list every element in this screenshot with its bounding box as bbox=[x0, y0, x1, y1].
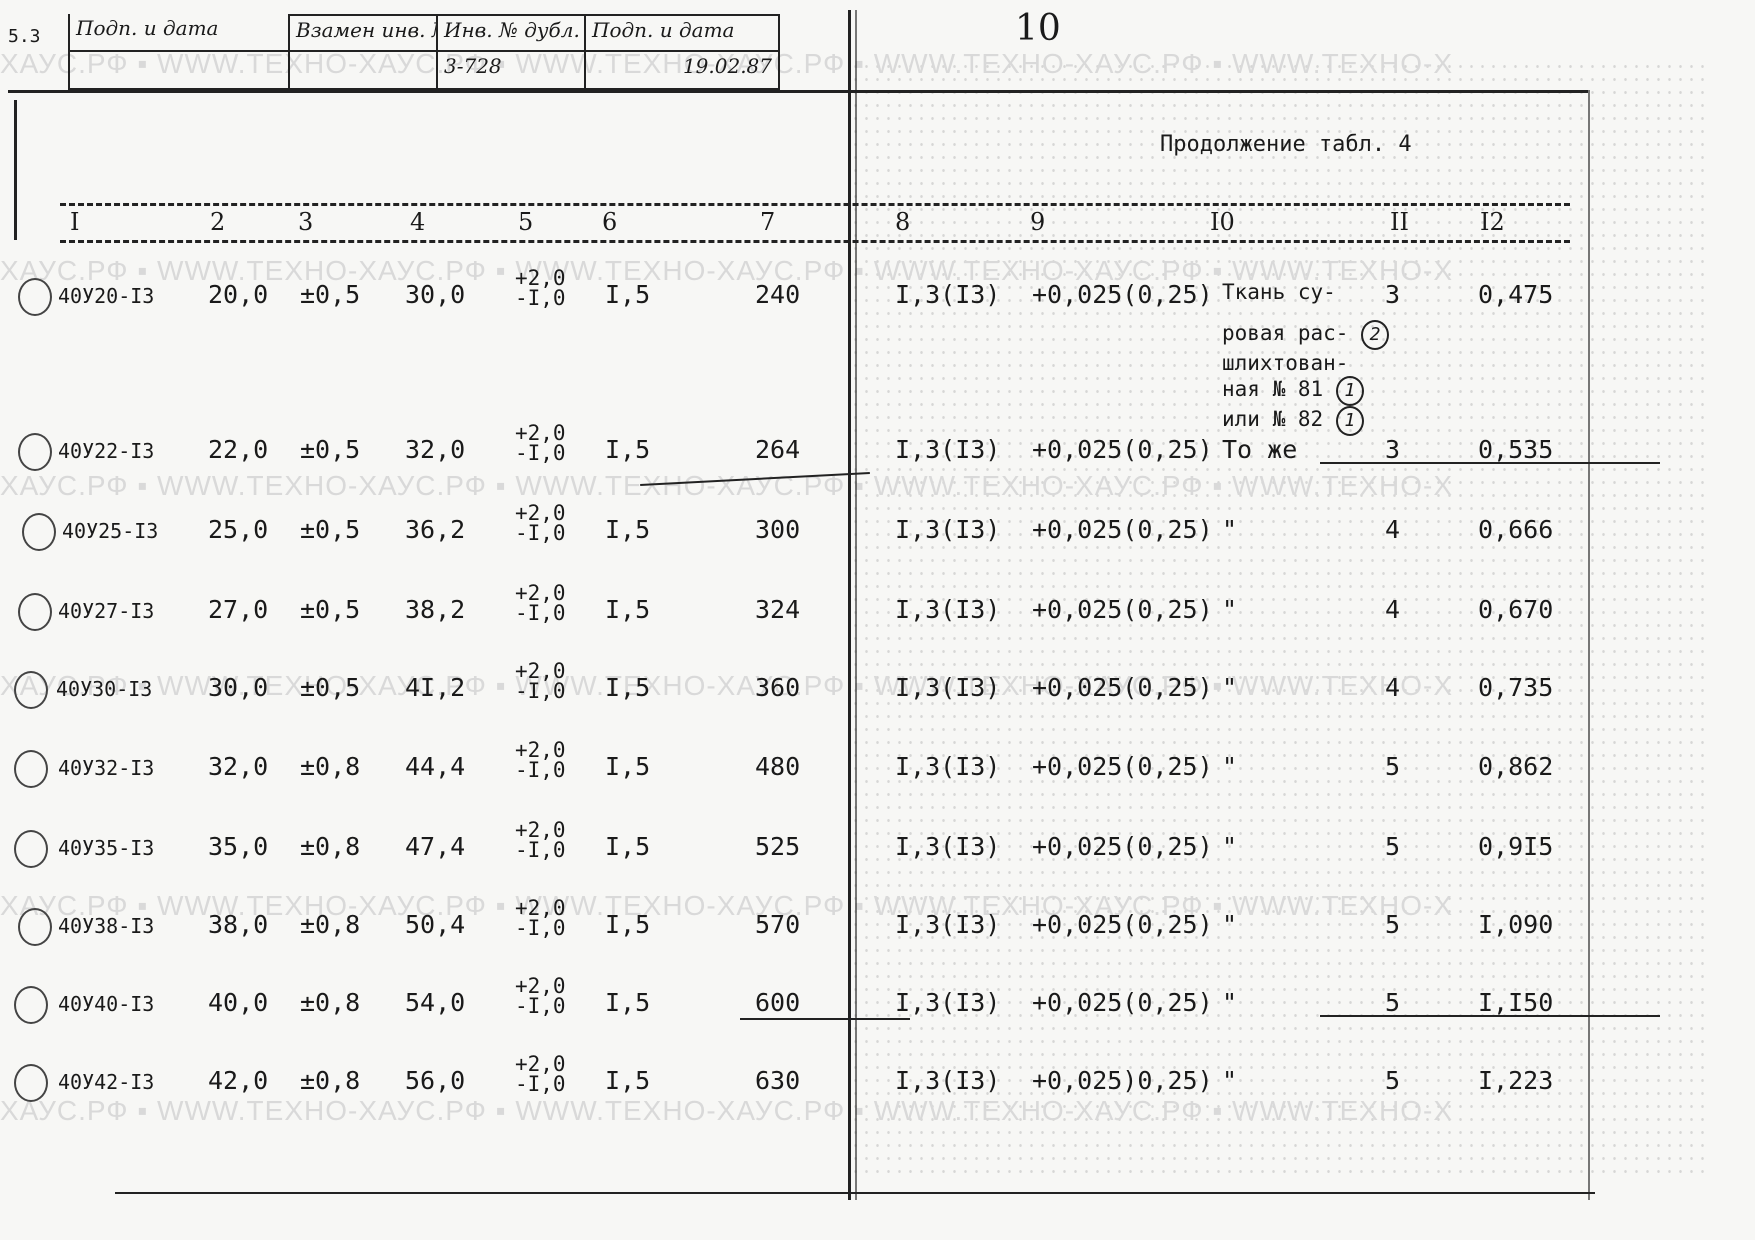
cell-c5: +2,0-I,0 bbox=[515, 583, 566, 623]
note-line: ная № 81 bbox=[1222, 377, 1323, 401]
cell-c9: +0,025(0,25) bbox=[1032, 988, 1213, 1017]
cell-c10: " bbox=[1222, 595, 1237, 624]
cell-c10: То же bbox=[1222, 435, 1297, 464]
cell-c6: I,5 bbox=[605, 595, 650, 624]
header-divider bbox=[60, 203, 1570, 206]
table-row: 40У35-I3 35,0 ±0,8 47,4 +2,0-I,0 I,5 525… bbox=[0, 832, 1755, 892]
cell-c12: I,I50 bbox=[1478, 988, 1553, 1017]
cell-c10: " bbox=[1222, 1066, 1237, 1095]
tol-lower: -I,0 bbox=[515, 1074, 566, 1094]
cell-c3: ±0,5 bbox=[300, 280, 360, 309]
note-line: ровая рас- bbox=[1222, 321, 1348, 345]
cell-c5: +2,0-I,0 bbox=[515, 1054, 566, 1094]
cell-c2: 25,0 bbox=[208, 515, 268, 544]
tol-lower: -I,0 bbox=[515, 840, 566, 860]
tol-lower: -I,0 bbox=[515, 443, 566, 463]
tol-upper: +2,0 bbox=[515, 583, 566, 603]
cell-c8: I,3(I3) bbox=[895, 752, 1000, 781]
cell-c2: 32,0 bbox=[208, 752, 268, 781]
tol-lower: -I,0 bbox=[515, 996, 566, 1016]
frame-top bbox=[8, 90, 1588, 93]
table-row: 40У32-I3 32,0 ±0,8 44,4 +2,0-I,0 I,5 480… bbox=[0, 752, 1755, 812]
tol-lower: -I,0 bbox=[515, 760, 566, 780]
cell-c11: 5 bbox=[1385, 832, 1400, 861]
material-note: ровая рас- 2 шлихтован- ная № 81 1 или №… bbox=[1222, 320, 1389, 436]
cell-c7: 480 bbox=[755, 752, 800, 781]
cell-c12: 0,735 bbox=[1478, 673, 1553, 702]
cell-c12: 0,862 bbox=[1478, 752, 1553, 781]
tol-upper: +2,0 bbox=[515, 423, 566, 443]
table-row: 40У27-I3 27,0 ±0,5 38,2 +2,0-I,0 I,5 324… bbox=[0, 595, 1755, 655]
stamp-value: 3-728 bbox=[436, 50, 586, 90]
cell-c2: 35,0 bbox=[208, 832, 268, 861]
check-circle-icon bbox=[18, 908, 52, 946]
check-circle-icon bbox=[14, 1064, 48, 1102]
cell-c2: 30,0 bbox=[208, 673, 268, 702]
check-circle-icon bbox=[14, 830, 48, 868]
cell-c8: I,3(I3) bbox=[895, 1066, 1000, 1095]
stamp-label: Подп. и дата bbox=[68, 14, 288, 52]
cell-c4: 30,0 bbox=[405, 280, 465, 309]
cell-c4: 47,4 bbox=[405, 832, 465, 861]
cell-c5: +2,0-I,0 bbox=[515, 898, 566, 938]
cell-c2: 22,0 bbox=[208, 435, 268, 464]
cell-c7: 630 bbox=[755, 1066, 800, 1095]
cell-c3: ±0,8 bbox=[300, 752, 360, 781]
tol-upper: +2,0 bbox=[515, 976, 566, 996]
column-number: 3 bbox=[298, 208, 313, 236]
cell-c8: I,3(I3) bbox=[895, 832, 1000, 861]
cell-c10: " bbox=[1222, 910, 1237, 939]
revision-circle: 2 bbox=[1361, 320, 1389, 350]
cell-c8: I,3(I3) bbox=[895, 595, 1000, 624]
column-number: 4 bbox=[410, 208, 425, 236]
frame-bottom bbox=[115, 1192, 1595, 1194]
cell-c9: +0,025(0,25) bbox=[1032, 435, 1213, 464]
cell-c4: 38,2 bbox=[405, 595, 465, 624]
cell-mark: 40У27-I3 bbox=[58, 599, 154, 623]
cell-mark: 40У20-I3 bbox=[58, 284, 154, 308]
hand-line bbox=[1320, 1015, 1660, 1017]
check-circle-icon bbox=[18, 278, 52, 316]
table-row: 40У25-I3 25,0 ±0,5 36,2 +2,0-I,0 I,5 300… bbox=[0, 515, 1755, 575]
check-circle-icon bbox=[14, 671, 48, 709]
cell-c10: " bbox=[1222, 752, 1237, 781]
column-number: II bbox=[1390, 208, 1409, 236]
cell-c2: 40,0 bbox=[208, 988, 268, 1017]
check-circle-icon bbox=[18, 433, 52, 471]
cell-c10: " bbox=[1222, 673, 1237, 702]
cell-c8: I,3(I3) bbox=[895, 280, 1000, 309]
column-number: 7 bbox=[760, 208, 775, 236]
cell-mark: 40У22-I3 bbox=[58, 439, 154, 463]
column-number: 6 bbox=[602, 208, 617, 236]
cell-mark: 40У30-I3 bbox=[56, 677, 152, 701]
tol-upper: +2,0 bbox=[515, 503, 566, 523]
cell-c9: +0,025(0,25) bbox=[1032, 673, 1213, 702]
cell-c8: I,3(I3) bbox=[895, 673, 1000, 702]
stamp-label: Инв. № дубл. bbox=[436, 14, 586, 52]
cell-c2: 42,0 bbox=[208, 1066, 268, 1095]
cell-c5: +2,0-I,0 bbox=[515, 661, 566, 701]
cell-c8: I,3(I3) bbox=[895, 910, 1000, 939]
column-number: I0 bbox=[1210, 208, 1235, 236]
cell-c6: I,5 bbox=[605, 910, 650, 939]
stamp-left-mark: 5.3 bbox=[8, 26, 41, 47]
cell-c5: +2,0-I,0 bbox=[515, 976, 566, 1016]
cell-c7: 600 bbox=[755, 988, 800, 1017]
cell-c11: 4 bbox=[1385, 595, 1400, 624]
cell-mark: 40У35-I3 bbox=[58, 836, 154, 860]
tol-lower: -I,0 bbox=[515, 523, 566, 543]
table-caption: Продолжение табл. 4 bbox=[1160, 132, 1412, 157]
cell-c3: ±0,5 bbox=[300, 595, 360, 624]
cell-c12: I,090 bbox=[1478, 910, 1553, 939]
cell-c11: 5 bbox=[1385, 1066, 1400, 1095]
note-line: или № 82 bbox=[1222, 407, 1323, 431]
cell-c9: +0,025(0,25) bbox=[1032, 595, 1213, 624]
cell-c5: +2,0-I,0 bbox=[515, 268, 566, 308]
cell-c12: 0,475 bbox=[1478, 280, 1553, 309]
cell-c5: +2,0-I,0 bbox=[515, 820, 566, 860]
cell-c10: Ткань су- bbox=[1222, 280, 1336, 304]
stamp-value bbox=[68, 50, 288, 90]
cell-c7: 300 bbox=[755, 515, 800, 544]
cell-c9: +0,025(0,25) bbox=[1032, 752, 1213, 781]
table-row: 40У22-I3 22,0 ±0,5 32,0 +2,0-I,0 I,5 264… bbox=[0, 435, 1755, 495]
hand-line bbox=[740, 1018, 910, 1020]
cell-mark: 40У40-I3 bbox=[58, 992, 154, 1016]
revision-circle: 1 bbox=[1336, 406, 1364, 436]
cell-c3: ±0,5 bbox=[300, 515, 360, 544]
cell-c6: I,5 bbox=[605, 988, 650, 1017]
cell-c3: ±0,8 bbox=[300, 1066, 360, 1095]
cell-c11: 3 bbox=[1385, 435, 1400, 464]
tol-lower: -I,0 bbox=[515, 681, 566, 701]
table-row: 40У42-I3 42,0 ±0,8 56,0 +2,0-I,0 I,5 630… bbox=[0, 1066, 1755, 1126]
cell-c11: 4 bbox=[1385, 673, 1400, 702]
cell-c7: 525 bbox=[755, 832, 800, 861]
cell-c11: 5 bbox=[1385, 910, 1400, 939]
cell-c7: 324 bbox=[755, 595, 800, 624]
cell-c6: I,5 bbox=[605, 1066, 650, 1095]
cell-c7: 240 bbox=[755, 280, 800, 309]
column-number: I bbox=[70, 208, 79, 236]
cell-c4: 50,4 bbox=[405, 910, 465, 939]
cell-c12: I,223 bbox=[1478, 1066, 1553, 1095]
check-circle-icon bbox=[18, 593, 52, 631]
column-number: 8 bbox=[895, 208, 910, 236]
cell-c6: I,5 bbox=[605, 280, 650, 309]
check-circle-icon bbox=[22, 513, 56, 551]
column-number: I2 bbox=[1480, 208, 1505, 236]
cell-c4: 54,0 bbox=[405, 988, 465, 1017]
check-circle-icon bbox=[14, 750, 48, 788]
cell-c12: 0,666 bbox=[1478, 515, 1553, 544]
cell-c11: 5 bbox=[1385, 988, 1400, 1017]
cell-c6: I,5 bbox=[605, 673, 650, 702]
cell-mark: 40У38-I3 bbox=[58, 914, 154, 938]
cell-c11: 5 bbox=[1385, 752, 1400, 781]
cell-c5: +2,0-I,0 bbox=[515, 503, 566, 543]
cell-c12: 0,670 bbox=[1478, 595, 1553, 624]
cell-c4: 32,0 bbox=[405, 435, 465, 464]
header-divider bbox=[60, 240, 1570, 243]
cell-c9: +0,025(0,25) bbox=[1032, 910, 1213, 939]
cell-c5: +2,0-I,0 bbox=[515, 740, 566, 780]
stamp-label: Подп. и дата bbox=[584, 14, 780, 52]
tol-upper: +2,0 bbox=[515, 898, 566, 918]
tol-upper: +2,0 bbox=[515, 661, 566, 681]
cell-c9: +0,025(0,25) bbox=[1032, 832, 1213, 861]
cell-c8: I,3(I3) bbox=[895, 435, 1000, 464]
cell-mark: 40У25-I3 bbox=[62, 519, 158, 543]
cell-c2: 20,0 bbox=[208, 280, 268, 309]
cell-mark: 40У32-I3 bbox=[58, 756, 154, 780]
stamp-value: 19.02.87 bbox=[584, 50, 780, 90]
cell-c2: 38,0 bbox=[208, 910, 268, 939]
cell-c4: 36,2 bbox=[405, 515, 465, 544]
stamp-label: Взамен инв. № bbox=[288, 14, 438, 52]
table-row: 40У38-I3 38,0 ±0,8 50,4 +2,0-I,0 I,5 570… bbox=[0, 910, 1755, 970]
cell-c11: 4 bbox=[1385, 515, 1400, 544]
column-number: 2 bbox=[210, 208, 225, 236]
page-mark: 10 bbox=[1015, 8, 1061, 49]
tol-upper: +2,0 bbox=[515, 268, 566, 288]
cell-c6: I,5 bbox=[605, 515, 650, 544]
table-row: 40У30-I3 30,0 ±0,5 4I,2 +2,0-I,0 I,5 360… bbox=[0, 673, 1755, 733]
cell-c2: 27,0 bbox=[208, 595, 268, 624]
cell-c11: 3 bbox=[1385, 280, 1400, 309]
cell-c10: " bbox=[1222, 988, 1237, 1017]
cell-c10: " bbox=[1222, 832, 1237, 861]
cell-c12: 0,535 bbox=[1478, 435, 1553, 464]
tol-upper: +2,0 bbox=[515, 740, 566, 760]
cell-c6: I,5 bbox=[605, 752, 650, 781]
stamp-value bbox=[288, 50, 438, 90]
tol-upper: +2,0 bbox=[515, 1054, 566, 1074]
cell-c3: ±0,8 bbox=[300, 988, 360, 1017]
cell-c3: ±0,5 bbox=[300, 673, 360, 702]
tol-lower: -I,0 bbox=[515, 918, 566, 938]
cell-c4: 56,0 bbox=[405, 1066, 465, 1095]
note-line: шлихтован- bbox=[1222, 350, 1389, 376]
cell-c6: I,5 bbox=[605, 435, 650, 464]
cell-c9: +0,025(0,25) bbox=[1032, 515, 1213, 544]
check-circle-icon bbox=[14, 986, 48, 1024]
table-row: 40У20-I3 20,0 ±0,5 30,0 +2,0-I,0 I,5 240… bbox=[0, 280, 1755, 340]
column-number: 9 bbox=[1030, 208, 1045, 236]
cell-c3: ±0,8 bbox=[300, 910, 360, 939]
cell-c3: ±0,8 bbox=[300, 832, 360, 861]
cell-c4: 44,4 bbox=[405, 752, 465, 781]
cell-c8: I,3(I3) bbox=[895, 988, 1000, 1017]
revision-circle: 1 bbox=[1336, 376, 1364, 406]
cell-mark: 40У42-I3 bbox=[58, 1070, 154, 1094]
frame-left bbox=[14, 100, 17, 240]
cell-c7: 264 bbox=[755, 435, 800, 464]
tol-upper: +2,0 bbox=[515, 820, 566, 840]
cell-c6: I,5 bbox=[605, 832, 650, 861]
column-number: 5 bbox=[518, 208, 533, 236]
cell-c7: 360 bbox=[755, 673, 800, 702]
cell-c8: I,3(I3) bbox=[895, 515, 1000, 544]
cell-c12: 0,9I5 bbox=[1478, 832, 1553, 861]
title-stamp: 5.3 Подп. и дата Взамен инв. № Инв. № ду… bbox=[8, 14, 778, 92]
cell-c10: " bbox=[1222, 515, 1237, 544]
hand-line bbox=[1320, 462, 1660, 464]
tol-lower: -I,0 bbox=[515, 603, 566, 623]
cell-c4: 4I,2 bbox=[405, 673, 465, 702]
cell-c9: +0,025(0,25) bbox=[1032, 280, 1213, 309]
cell-c5: +2,0-I,0 bbox=[515, 423, 566, 463]
tol-lower: -I,0 bbox=[515, 288, 566, 308]
cell-c3: ±0,5 bbox=[300, 435, 360, 464]
cell-c7: 570 bbox=[755, 910, 800, 939]
cell-c9: +0,025)0,25) bbox=[1032, 1066, 1213, 1095]
